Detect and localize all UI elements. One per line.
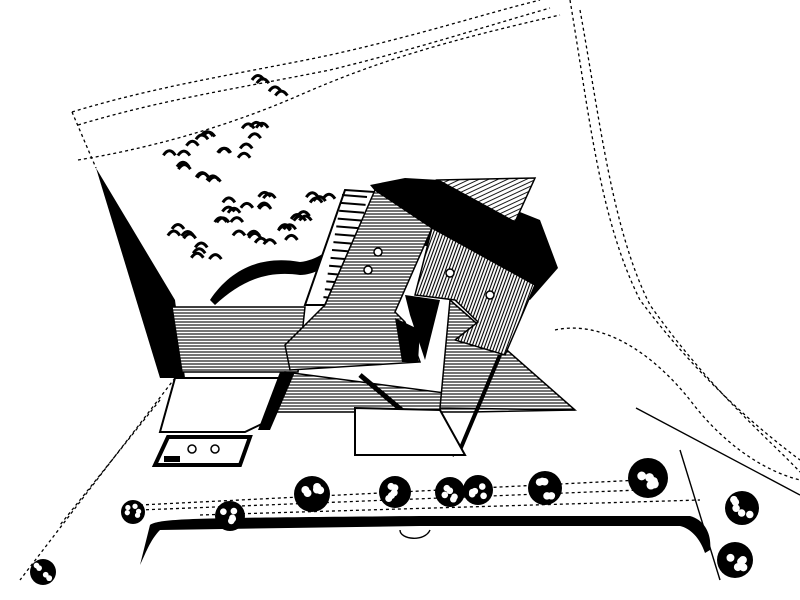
site-plan-drawing [0,0,800,600]
garden-pavilion [155,437,250,465]
shadow-wedge-left [96,168,185,378]
terrace-left [172,307,305,372]
shrub-cluster-top [163,76,335,260]
